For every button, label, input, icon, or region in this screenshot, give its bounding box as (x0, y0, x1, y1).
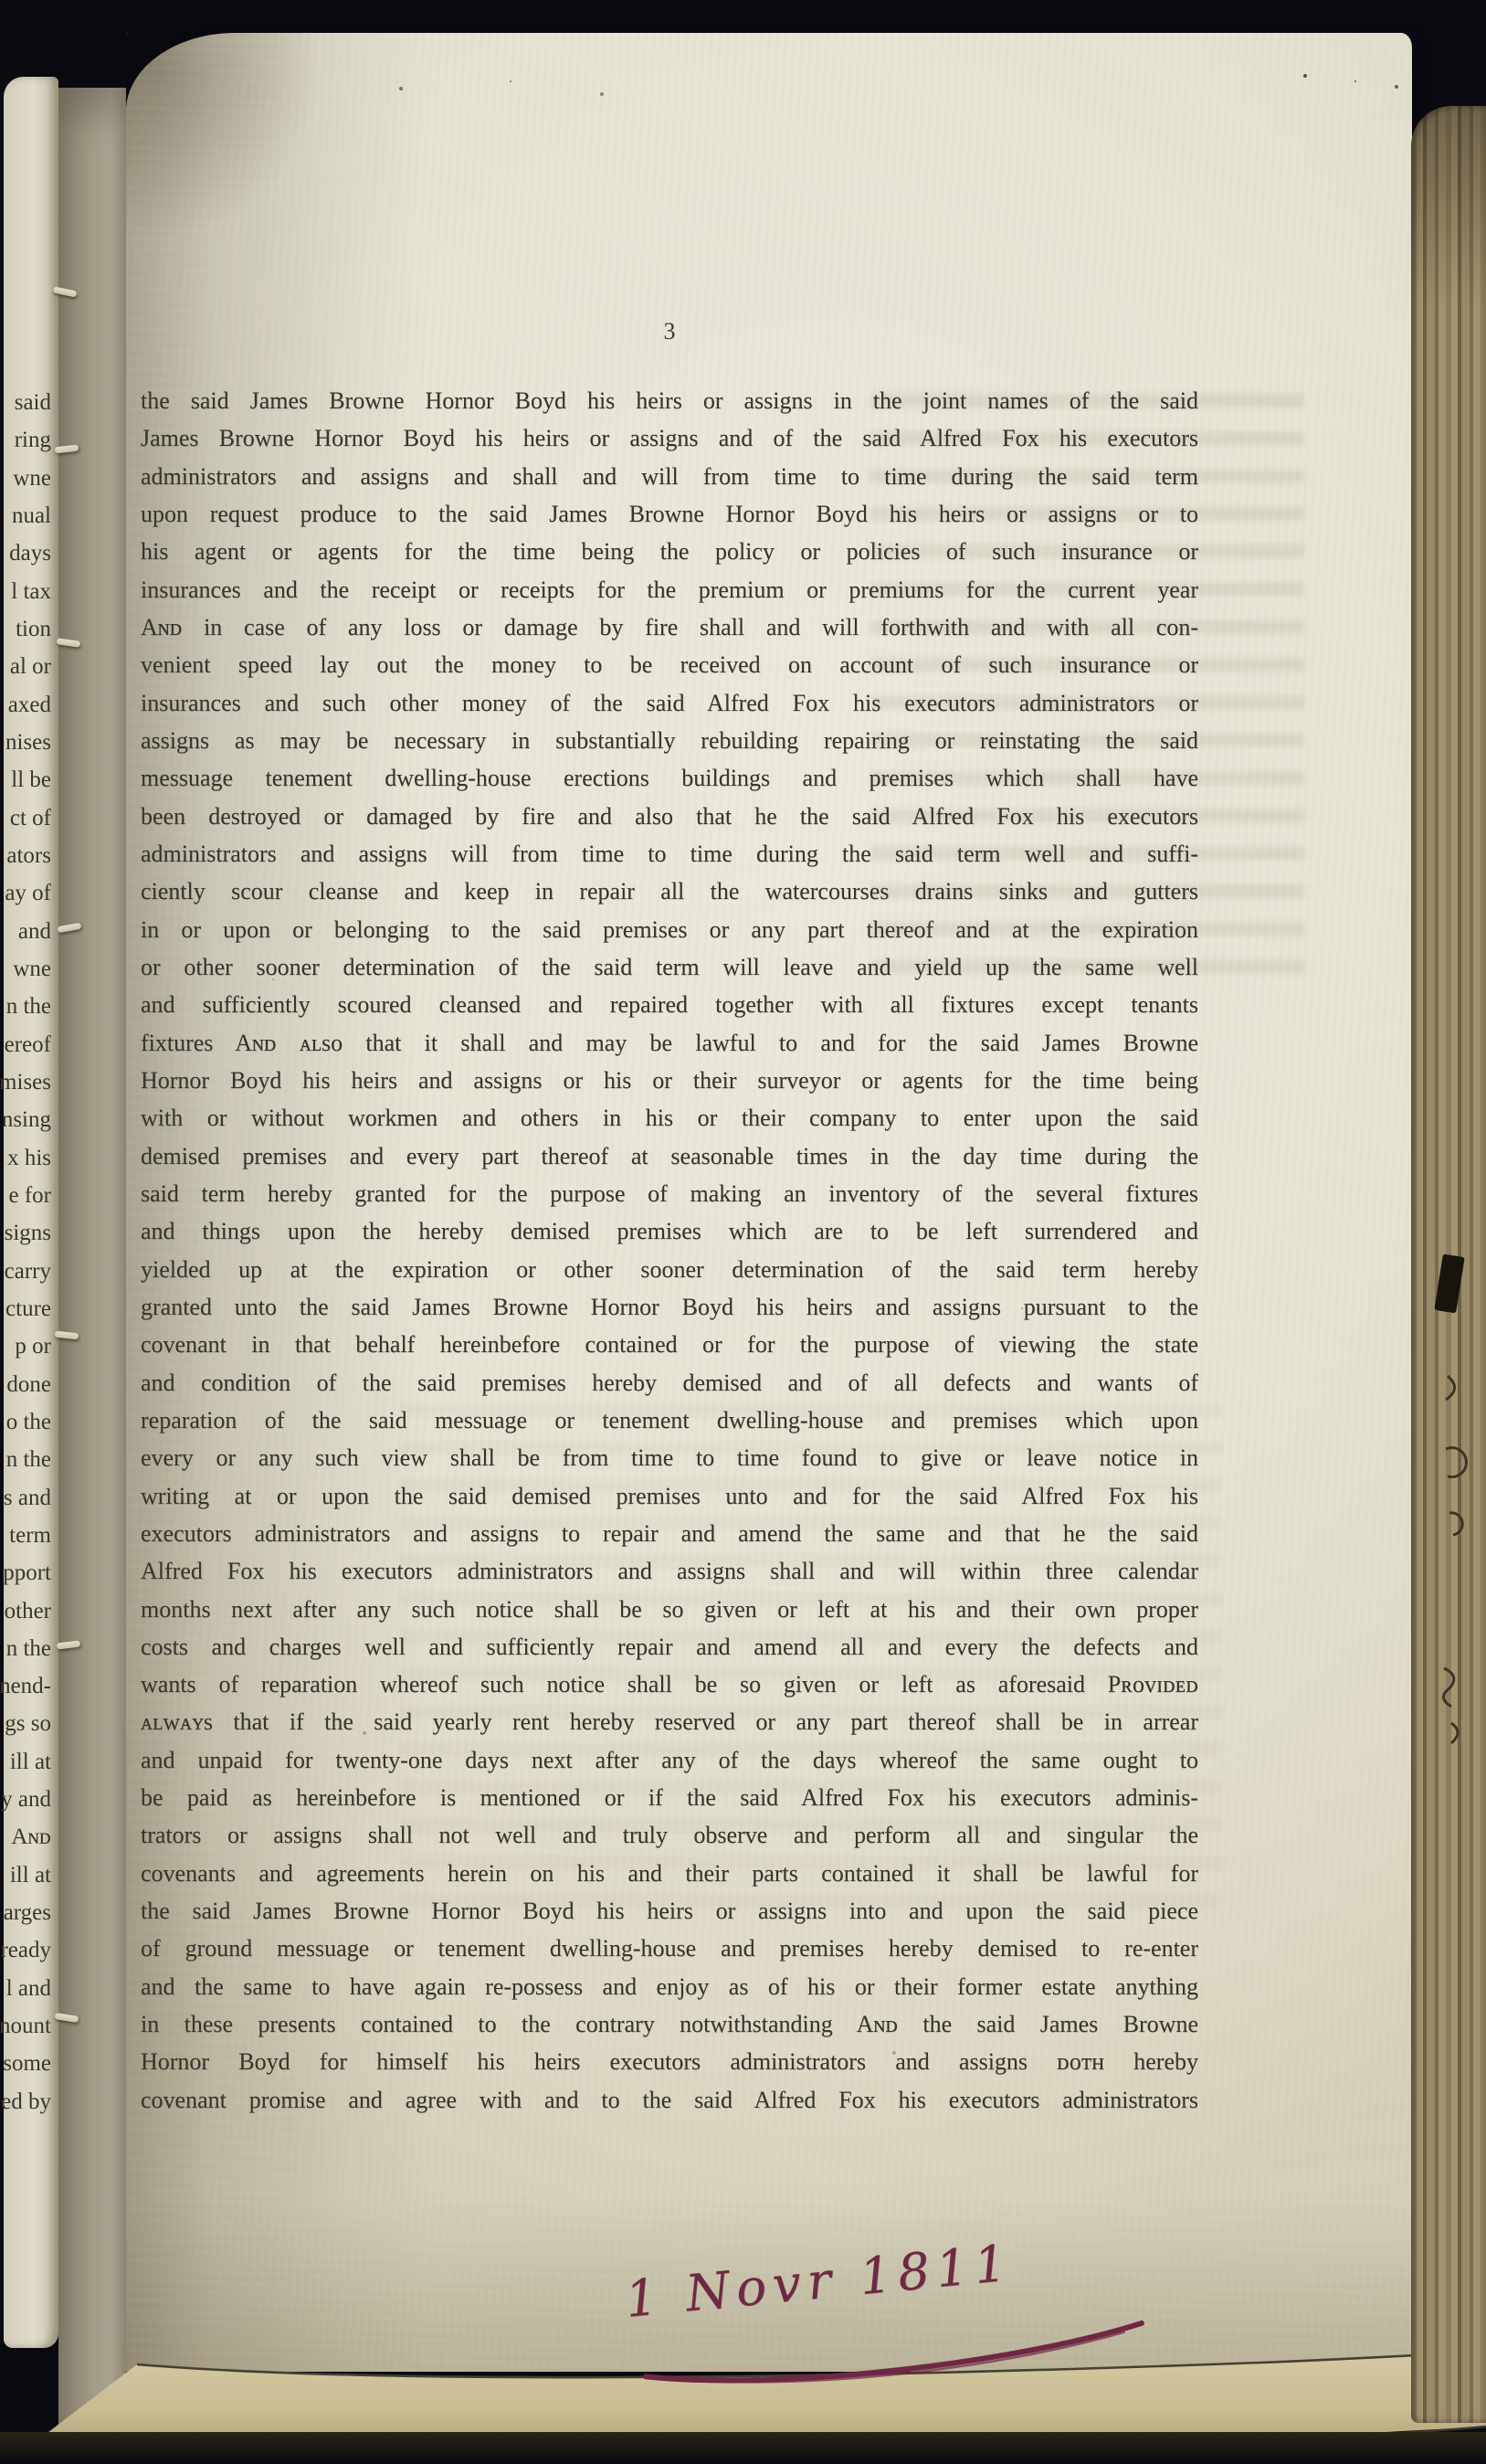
text-line: with or without workmen and others in hi… (141, 1099, 1198, 1137)
text-fragment: nises (0, 724, 51, 761)
shadow-below-page (0, 2432, 1486, 2464)
text-fragment: ill at (0, 1856, 51, 1894)
text-line: covenant promise and agree with and to t… (141, 2081, 1198, 2119)
text-line: insurances and the receipt or receipts f… (141, 571, 1198, 608)
text-fragment: mises (0, 1063, 51, 1101)
text-fragment: ill at (0, 1743, 51, 1781)
text-line: or other sooner determination of the sai… (141, 948, 1198, 986)
text-line: and unpaid for twenty-one days next afte… (141, 1741, 1198, 1779)
text-line: Hornor Boyd his heirs and assigns or his… (141, 1062, 1198, 1099)
text-fragment: said (0, 384, 51, 421)
text-fragment: l and (0, 1970, 51, 2007)
text-fragment: other (0, 1592, 51, 1630)
text-fragment: l tax (0, 573, 51, 610)
text-fragment: nsing (0, 1101, 51, 1138)
text-line: of ground messuage or tenement dwelling-… (141, 1930, 1198, 1967)
text-line: ciently scour cleanse and keep in repair… (141, 872, 1198, 910)
text-line: Aɴᴅ in case of any loss or damage by fir… (141, 608, 1198, 646)
text-fragment: e for (0, 1177, 51, 1214)
text-fragment: term (0, 1517, 51, 1554)
text-line: the said James Browne Hornor Boyd his he… (141, 1892, 1198, 1930)
text-fragment: ay of (0, 874, 51, 912)
photographed-book-page: { "document": { "page_number": "3", "lin… (0, 0, 1486, 2464)
text-fragment: n the (0, 988, 51, 1025)
text-fragment: gs so (0, 1705, 51, 1742)
document-page: 3 the said James Browne Hornor Boyd his … (126, 33, 1412, 2372)
text-line: the said James Browne Hornor Boyd his he… (141, 382, 1198, 419)
text-line: in these presents contained to the contr… (141, 2005, 1198, 2043)
text-fragment: p or (0, 1327, 51, 1365)
text-fragment: ators (0, 837, 51, 874)
text-line: every or any such view shall be from tim… (141, 1439, 1198, 1476)
text-fragment: ring (0, 421, 51, 459)
fore-edge-scribble (1428, 1367, 1482, 1750)
text-fragment: pport (0, 1554, 51, 1592)
text-line: upon request produce to the said James B… (141, 495, 1198, 533)
text-line: his agent or agents for the time being t… (141, 533, 1198, 570)
text-fragment: nend- (0, 1667, 51, 1705)
text-fragment: wne (0, 460, 51, 497)
text-fragment: ll be (0, 761, 51, 798)
text-fragment: al or (0, 648, 51, 685)
text-line: said term hereby granted for the purpose… (141, 1175, 1198, 1212)
text-fragment: n the (0, 1630, 51, 1667)
text-line: and sufficiently scoured cleansed and re… (141, 986, 1198, 1023)
text-line: be paid as hereinbefore is mentioned or … (141, 1779, 1198, 1816)
text-line: ᴀʟᴡᴀʏs that if the said yearly rent here… (141, 1703, 1198, 1740)
text-fragment: n the (0, 1441, 51, 1478)
text-fragment: and (0, 913, 51, 950)
text-fragment: signs (0, 1214, 51, 1252)
text-fragment: wne (0, 950, 51, 988)
text-fragment: x his (0, 1139, 51, 1177)
text-line: administrators and assigns will from tim… (141, 835, 1198, 872)
text-line: James Browne Hornor Boyd his heirs or as… (141, 419, 1198, 457)
text-line: reparation of the said messuage or tenem… (141, 1401, 1198, 1439)
text-line: months next after any such notice shall … (141, 1591, 1198, 1628)
text-fragment: days (0, 534, 51, 572)
text-line: Hornor Boyd for himself his heirs execut… (141, 2043, 1198, 2080)
book-gutter (58, 88, 126, 2464)
page-number: 3 (141, 318, 1198, 345)
text-line: and the same to have again re-possess an… (141, 1968, 1198, 2005)
text-line: granted unto the said James Browne Horno… (141, 1288, 1198, 1326)
text-fragment: tion (0, 610, 51, 648)
facing-page-text-fragments: saidringwnenualdaysl taxtional oraxednis… (0, 384, 51, 2120)
text-fragment: carry (0, 1253, 51, 1290)
text-line: venient speed lay out the money to be re… (141, 646, 1198, 683)
text-line: insurances and such other money of the s… (141, 684, 1198, 722)
text-fragment: y and (0, 1781, 51, 1818)
text-line: trators or assigns shall not well and tr… (141, 1816, 1198, 1854)
text-line: wants of reparation whereof such notice … (141, 1666, 1198, 1703)
text-line: costs and charges well and sufficiently … (141, 1628, 1198, 1666)
text-fragment: o the (0, 1403, 51, 1441)
text-fragment: ereof (0, 1026, 51, 1063)
text-block: the said James Browne Hornor Boyd his he… (141, 382, 1198, 2119)
text-line: yielded up at the expiration or other so… (141, 1251, 1198, 1288)
text-line: Alfred Fox his executors administrators … (141, 1552, 1198, 1590)
text-line: demised premises and every part thereof … (141, 1137, 1198, 1175)
dust-specks (126, 33, 128, 35)
scanned-book-photo: saidringwnenualdaysl taxtional oraxednis… (0, 0, 1486, 2464)
text-fragment: ed by (0, 2083, 51, 2120)
text-fragment: axed (0, 686, 51, 724)
text-fragment: some (0, 2045, 51, 2082)
text-fragment: nount (0, 2007, 51, 2045)
text-fragment: ready (0, 1931, 51, 1969)
text-line: covenants and agreements herein on his a… (141, 1855, 1198, 1892)
text-fragment: nual (0, 497, 51, 534)
text-line: writing at or upon the said demised prem… (141, 1477, 1198, 1515)
text-line: been destroyed or damaged by fire and al… (141, 798, 1198, 835)
fore-edge (1411, 106, 1486, 2423)
text-line: administrators and assigns and shall and… (141, 458, 1198, 495)
text-line: and condition of the said premises hereb… (141, 1364, 1198, 1401)
text-fragment: ct of (0, 799, 51, 837)
text-fragment: arges (0, 1894, 51, 1931)
text-fragment: s and (0, 1479, 51, 1517)
text-line: fixtures Aɴᴅ ᴀʟsᴏ that it shall and may … (141, 1024, 1198, 1062)
text-line: covenant in that behalf hereinbefore con… (141, 1326, 1198, 1363)
text-fragment: done (0, 1366, 51, 1403)
text-line: assigns as may be necessary in substanti… (141, 722, 1198, 759)
text-line: executors administrators and assigns to … (141, 1515, 1198, 1552)
text-fragment: Aɴᴅ (0, 1818, 51, 1856)
text-line: in or upon or belonging to the said prem… (141, 911, 1198, 948)
text-fragment: cture (0, 1290, 51, 1327)
text-line: messuage tenement dwelling-house erectio… (141, 759, 1198, 797)
fore-edge-ink-mark (1434, 1254, 1464, 1314)
text-line: and things upon the hereby demised premi… (141, 1212, 1198, 1250)
